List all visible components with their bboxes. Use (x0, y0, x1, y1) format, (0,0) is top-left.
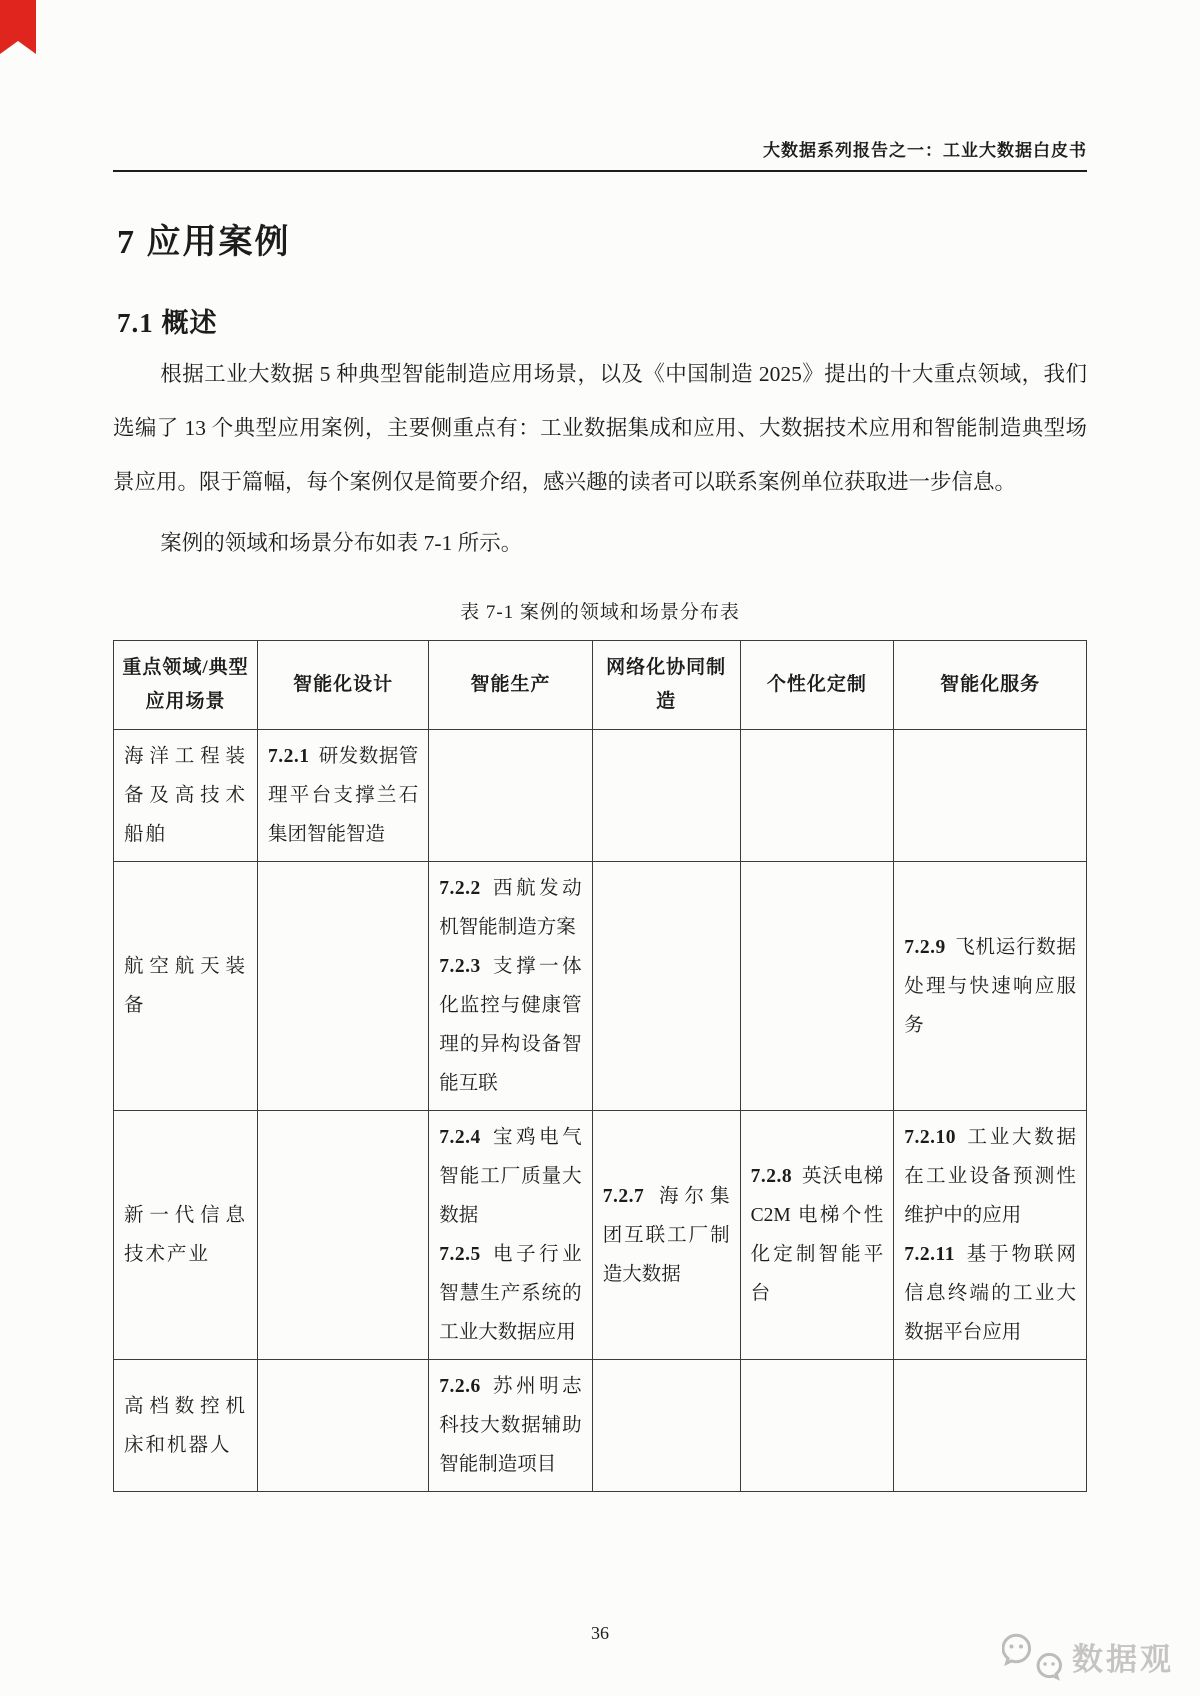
case-item: 7.2.7海尔集团互联工厂制造大数据 (603, 1177, 730, 1294)
header-text: 大数据系列报告之一：工业大数据白皮书 (763, 141, 1087, 160)
paragraph-overview: 根据工业大数据 5 种典型智能制造应用场景，以及《中国制造 2025》提出的十大… (113, 348, 1087, 509)
chapter-title: 7 应用案例 (117, 214, 1087, 263)
cell-network (592, 1360, 740, 1492)
case-text: 英沃电梯 C2M 电梯个性化定制智能平台 (751, 1166, 884, 1304)
document-page: 大数据系列报告之一：工业大数据白皮书 7 应用案例 7.1 概述 根据工业大数据… (0, 0, 1200, 1696)
header-rule (113, 170, 1087, 172)
wechat-bubbles-logo-icon (1002, 1630, 1064, 1682)
case-item: 7.2.2西航发动机智能制造方案 (439, 869, 581, 947)
cell-custom (740, 730, 894, 862)
cell-design (258, 1111, 429, 1360)
table-header-row: 重点领域/典型 应用场景 智能化设计 智能生产 网络化协同制造 个性化定制 智能… (114, 641, 1087, 730)
case-code: 7.2.3 (439, 956, 481, 977)
watermark-text: 数据观 (1072, 1634, 1174, 1679)
section-title: 7.1 概述 (117, 301, 1087, 340)
watermark: 数据观 (1002, 1630, 1174, 1682)
table-caption: 表 7-1 案例的领域和场景分布表 (113, 597, 1087, 624)
case-code: 7.2.11 (904, 1244, 955, 1265)
case-item: 7.2.11基于物联网信息终端的工业大数据平台应用 (904, 1235, 1076, 1352)
cell-production: 7.2.6苏州明志科技大数据辅助智能制造项目 (429, 1360, 592, 1492)
cell-service: 7.2.10工业大数据在工业设备预测性维护中的应用 7.2.11基于物联网信息终… (894, 1111, 1087, 1360)
domain-cell: 海洋工程装备及高技术船舶 (114, 730, 258, 862)
col-header-design: 智能化设计 (258, 641, 429, 730)
case-code: 7.2.4 (439, 1127, 481, 1148)
cell-custom: 7.2.8英沃电梯 C2M 电梯个性化定制智能平台 (740, 1111, 894, 1360)
case-item: 7.2.1研发数据管理平台支撑兰石集团智能智造 (268, 737, 418, 854)
case-code: 7.2.10 (904, 1127, 956, 1148)
domain-cell: 航空航天装备 (114, 862, 258, 1111)
case-code: 7.2.6 (439, 1376, 481, 1397)
case-code: 7.2.2 (439, 878, 481, 899)
cases-distribution-table: 重点领域/典型 应用场景 智能化设计 智能生产 网络化协同制造 个性化定制 智能… (113, 640, 1087, 1492)
case-item: 7.2.6苏州明志科技大数据辅助智能制造项目 (439, 1367, 581, 1484)
case-code: 7.2.1 (268, 746, 310, 767)
case-item: 7.2.3支撑一体化监控与健康管理的异构设备智能互联 (439, 947, 581, 1103)
cell-service (894, 730, 1087, 862)
cell-custom (740, 1360, 894, 1492)
table-row: 航空航天装备 7.2.2西航发动机智能制造方案 7.2.3支撑一体化监控与健康管… (114, 862, 1087, 1111)
cell-network (592, 730, 740, 862)
cell-production (429, 730, 592, 862)
cell-design: 7.2.1研发数据管理平台支撑兰石集团智能智造 (258, 730, 429, 862)
col-header-production: 智能生产 (429, 641, 592, 730)
cell-design (258, 1360, 429, 1492)
col-header-domain-line2: 应用场景 (119, 685, 252, 719)
table-row: 海洋工程装备及高技术船舶 7.2.1研发数据管理平台支撑兰石集团智能智造 (114, 730, 1087, 862)
case-code: 7.2.5 (439, 1244, 481, 1265)
case-code: 7.2.7 (603, 1186, 645, 1207)
cell-network (592, 862, 740, 1111)
cell-design (258, 862, 429, 1111)
table-row: 新一代信息技术产业 7.2.4宝鸡电气智能工厂质量大数据 7.2.5电子行业智慧… (114, 1111, 1087, 1360)
cell-service (894, 1360, 1087, 1492)
domain-cell: 新一代信息技术产业 (114, 1111, 258, 1360)
table-row: 高档数控机床和机器人 7.2.6苏州明志科技大数据辅助智能制造项目 (114, 1360, 1087, 1492)
col-header-domain: 重点领域/典型 应用场景 (114, 641, 258, 730)
case-text: 支撑一体化监控与健康管理的异构设备智能互联 (439, 956, 581, 1094)
cell-production: 7.2.4宝鸡电气智能工厂质量大数据 7.2.5电子行业智慧生产系统的工业大数据… (429, 1111, 592, 1360)
case-item: 7.2.5电子行业智慧生产系统的工业大数据应用 (439, 1235, 581, 1352)
cell-network: 7.2.7海尔集团互联工厂制造大数据 (592, 1111, 740, 1360)
col-header-service: 智能化服务 (894, 641, 1087, 730)
col-header-network: 网络化协同制造 (592, 641, 740, 730)
case-item: 7.2.10工业大数据在工业设备预测性维护中的应用 (904, 1118, 1076, 1235)
case-code: 7.2.8 (751, 1166, 793, 1187)
cell-custom (740, 862, 894, 1111)
page-header: 大数据系列报告之一：工业大数据白皮书 (113, 0, 1087, 161)
domain-cell: 高档数控机床和机器人 (114, 1360, 258, 1492)
paragraph-table-ref: 案例的领域和场景分布如表 7-1 所示。 (113, 517, 1087, 571)
case-code: 7.2.9 (904, 937, 946, 958)
case-item: 7.2.4宝鸡电气智能工厂质量大数据 (439, 1118, 581, 1235)
case-item: 7.2.9飞机运行数据处理与快速响应服务 (904, 928, 1076, 1045)
cell-service: 7.2.9飞机运行数据处理与快速响应服务 (894, 862, 1087, 1111)
case-item: 7.2.8英沃电梯 C2M 电梯个性化定制智能平台 (751, 1157, 884, 1313)
col-header-domain-line1: 重点领域/典型 (119, 651, 252, 685)
cell-production: 7.2.2西航发动机智能制造方案 7.2.3支撑一体化监控与健康管理的异构设备智… (429, 862, 592, 1111)
col-header-custom: 个性化定制 (740, 641, 894, 730)
